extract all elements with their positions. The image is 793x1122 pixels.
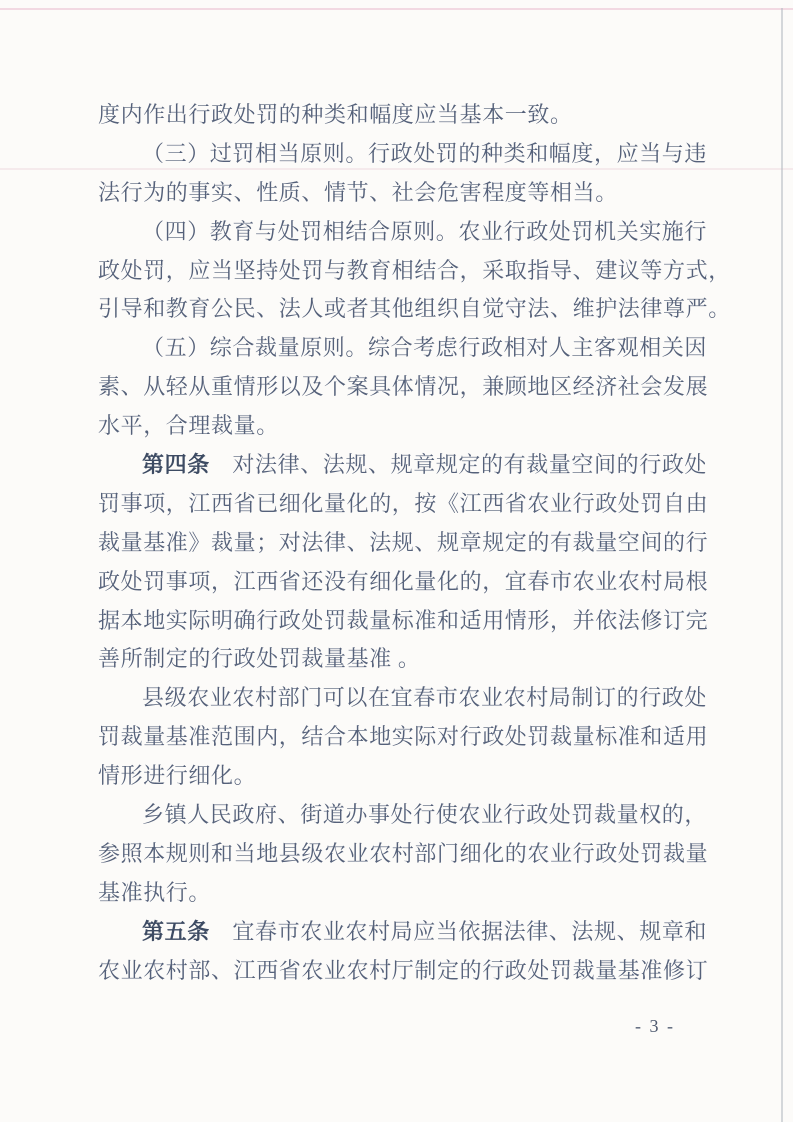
text-segment: 罚事项，江西省已细化量化的，按《江西省农业行政处罚自由 [98, 491, 708, 516]
text-line: 第四条 对法律、法规、规章规定的有裁量空间的行政处 [98, 446, 738, 485]
text-segment: （三）过罚相当原则。行政处罚的种类和幅度，应当与违 [142, 141, 707, 166]
text-line: 农业农村部、江西省农业农村厅制定的行政处罚裁量基准修订 [98, 952, 738, 991]
text-segment: 素、从轻从重情形以及个案具体情况，兼顾地区经济社会发展 [98, 374, 708, 399]
text-segment: 基准执行。 [98, 880, 211, 905]
text-line: （五）综合裁量原则。综合考虑行政相对人主客观相关因 [98, 329, 738, 368]
text-line: 罚事项，江西省已细化量化的，按《江西省农业行政处罚自由 [98, 485, 738, 524]
text-segment: 农业农村部、江西省农业农村厅制定的行政处罚裁量基准修订 [98, 958, 708, 983]
text-segment: 县级农业农村部门可以在宜春市农业农村局制订的行政处 [142, 685, 707, 710]
text-line: 善所制定的行政处罚裁量基准 。 [98, 640, 738, 679]
text-line: 度内作出行政处罚的种类和幅度应当基本一致。 [98, 96, 738, 135]
text-segment: 引导和教育公民、法人或者其他组织自觉守法、维护法律尊严。 [98, 296, 731, 321]
text-line: 水平，合理裁量。 [98, 407, 738, 446]
text-line: 政处罚，应当坚持处罚与教育相结合，采取指导、建议等方式， [98, 252, 738, 291]
text-line: 乡镇人民政府、街道办事处行使农业行政处罚裁量权的， [98, 796, 738, 835]
text-segment: 宜春市农业农村局应当依据法律、法规、规章和 [210, 919, 707, 944]
text-segment: 度内作出行政处罚的种类和幅度应当基本一致。 [98, 102, 573, 127]
text-segment: 政处罚事项，江西省还没有细化量化的，宜春市农业农村局根 [98, 569, 708, 594]
text-line: 素、从轻从重情形以及个案具体情况，兼顾地区经济社会发展 [98, 368, 738, 407]
text-segment: 罚裁量基准范围内，结合本地实际对行政处罚裁量标准和适用 [98, 724, 708, 749]
text-segment: （五）综合裁量原则。综合考虑行政相对人主客观相关因 [142, 335, 707, 360]
text-line: （四）教育与处罚相结合原则。农业行政处罚机关实施行 [98, 213, 738, 252]
text-line: 县级农业农村部门可以在宜春市农业农村局制订的行政处 [98, 679, 738, 718]
document-page: 度内作出行政处罚的种类和幅度应当基本一致。（三）过罚相当原则。行政处罚的种类和幅… [0, 0, 793, 1122]
text-line: 情形进行细化。 [98, 757, 738, 796]
text-segment: 据本地实际明确行政处罚裁量标准和适用情形，并依法修订完 [98, 608, 708, 633]
text-segment: 参照本规则和当地县级农业农村部门细化的农业行政处罚裁量 [98, 841, 708, 866]
text-segment: 善所制定的行政处罚裁量基准 。 [98, 646, 421, 671]
text-line: （三）过罚相当原则。行政处罚的种类和幅度，应当与违 [98, 135, 738, 174]
article-number: 第四条 [142, 452, 210, 477]
text-segment: 裁量基准》裁量；对法律、法规、规章规定的有裁量空间的行 [98, 530, 708, 555]
text-line: 第五条 宜春市农业农村局应当依据法律、法规、规章和 [98, 913, 738, 952]
text-block: 度内作出行政处罚的种类和幅度应当基本一致。（三）过罚相当原则。行政处罚的种类和幅… [98, 96, 738, 990]
text-segment: 对法律、法规、规章规定的有裁量空间的行政处 [210, 452, 707, 477]
article-number: 第五条 [142, 919, 210, 944]
text-segment: 乡镇人民政府、街道办事处行使农业行政处罚裁量权的， [142, 802, 707, 827]
text-line: 罚裁量基准范围内，结合本地实际对行政处罚裁量标准和适用 [98, 718, 738, 757]
text-line: 参照本规则和当地县级农业农村部门细化的农业行政处罚裁量 [98, 835, 738, 874]
text-segment: 法行为的事实、性质、情节、社会危害程度等相当。 [98, 180, 618, 205]
text-segment: 水平，合理裁量。 [98, 413, 279, 438]
text-line: 裁量基准》裁量；对法律、法规、规章规定的有裁量空间的行 [98, 524, 738, 563]
scan-artifact-page-edge [781, 8, 783, 1122]
text-segment: 政处罚，应当坚持处罚与教育相结合，采取指导、建议等方式， [98, 258, 731, 283]
text-line: 引导和教育公民、法人或者其他组织自觉守法、维护法律尊严。 [98, 290, 738, 329]
scan-artifact-line-top [0, 8, 793, 10]
text-line: 基准执行。 [98, 874, 738, 913]
text-line: 政处罚事项，江西省还没有细化量化的，宜春市农业农村局根 [98, 563, 738, 602]
text-line: 据本地实际明确行政处罚裁量标准和适用情形，并依法修订完 [98, 602, 738, 641]
text-segment: 情形进行细化。 [98, 763, 256, 788]
text-line: 法行为的事实、性质、情节、社会危害程度等相当。 [98, 174, 738, 213]
page-number: - 3 - [555, 1016, 755, 1037]
text-segment: （四）教育与处罚相结合原则。农业行政处罚机关实施行 [142, 219, 707, 244]
